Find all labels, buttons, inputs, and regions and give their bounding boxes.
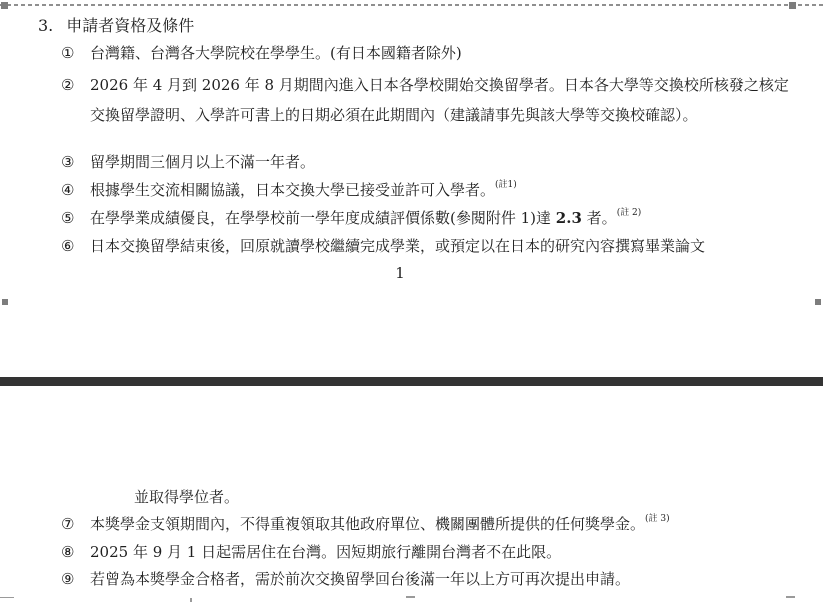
item-6-text: 日本交換留學結束後，回原就讀學校繼續完成學業，或預定以在日本的研究內容撰寫畢業論…	[90, 236, 705, 256]
item-5-text: 在學學業成績優良，在學學校前一學年度成績評價係數(參閱附件 1)達 2.3 者。…	[90, 208, 641, 228]
boundary-partial-mark	[0, 597, 14, 598]
item-8-text: 2025 年 9 月 1 日起需居住在台灣。因短期旅行離開台灣者不在此限。	[90, 542, 561, 562]
item-2-number: ②	[61, 70, 90, 130]
item-7-footnote-ref: (註 3)	[645, 514, 670, 524]
text-boundary-top-line	[0, 4, 823, 6]
document-view: 3.申請者資格及條件 ① 台灣籍、台灣各大學院校在學學生。(有日本國籍者除外) …	[0, 0, 823, 602]
item-5-number: ⑤	[61, 208, 90, 228]
item-5-bold-value: 2.3	[556, 209, 582, 227]
item-7-number: ⑦	[61, 514, 90, 534]
list-item-7: ⑦ 本獎學金支領期間內，不得重複領取其他政府單位、機關團體所提供的任何獎學金。(…	[61, 514, 670, 534]
item-7-body: 本獎學金支領期間內，不得重複領取其他政府單位、機關團體所提供的任何獎學金。	[90, 515, 645, 533]
list-item-4: ④ 根據學生交流相關協議，日本交換大學已接受並許可入學者。(註1)	[61, 180, 517, 200]
list-item-1: ① 台灣籍、台灣各大學院校在學學生。(有日本國籍者除外)	[61, 43, 462, 63]
item-5-footnote-ref: (註 2)	[617, 208, 642, 218]
item-4-footnote-ref: (註1)	[495, 180, 517, 190]
item-8-number: ⑧	[61, 542, 90, 562]
list-item-5: ⑤ 在學學業成績優良，在學學校前一學年度成績評價係數(參閱附件 1)達 2.3 …	[61, 208, 641, 228]
page-number: 1	[0, 264, 800, 282]
item-2-text: 2026 年 4 月到 2026 年 8 月期間內進入日本各學校開始交換留學者。…	[90, 70, 792, 130]
boundary-corner-mark	[2, 299, 8, 305]
item-6-number: ⑥	[61, 236, 90, 256]
item-4-text: 根據學生交流相關協議，日本交換大學已接受並許可入學者。(註1)	[90, 180, 517, 200]
item-7-text: 本獎學金支領期間內，不得重複領取其他政府單位、機關團體所提供的任何獎學金。(註 …	[90, 514, 670, 534]
boundary-partial-mark	[190, 598, 192, 602]
section-number: 3.	[38, 16, 53, 35]
item-1-number: ①	[61, 43, 90, 63]
boundary-corner-mark	[1, 2, 8, 9]
section-title: 申請者資格及條件	[66, 16, 194, 35]
section-heading: 3.申請者資格及條件	[38, 13, 194, 36]
boundary-corner-mark	[789, 2, 796, 9]
boundary-partial-mark	[406, 596, 415, 598]
item-5-body-before: 在學學業成績優良，在學學校前一學年度成績評價係數(參閱附件 1)達	[90, 209, 556, 227]
list-item-2: ② 2026 年 4 月到 2026 年 8 月期間內進入日本各學校開始交換留學…	[61, 70, 792, 130]
item-9-number: ⑨	[61, 569, 90, 589]
list-item-3: ③ 留學期間三個月以上不滿一年者。	[61, 152, 315, 172]
item-6-continuation-text: 並取得學位者。	[134, 487, 239, 507]
item-4-number: ④	[61, 180, 90, 200]
boundary-partial-mark	[786, 596, 795, 598]
list-item-6: ⑥ 日本交換留學結束後，回原就讀學校繼續完成學業，或預定以在日本的研究內容撰寫畢…	[61, 236, 705, 256]
boundary-corner-mark	[815, 299, 821, 305]
item-1-text: 台灣籍、台灣各大學院校在學學生。(有日本國籍者除外)	[90, 43, 462, 63]
list-item-8: ⑧ 2025 年 9 月 1 日起需居住在台灣。因短期旅行離開台灣者不在此限。	[61, 542, 561, 562]
page-separator-bar	[0, 377, 823, 386]
list-item-9: ⑨ 若曾為本獎學金合格者，需於前次交換留學回台後滿一年以上方可再次提出申請。	[61, 569, 630, 589]
item-4-body: 根據學生交流相關協議，日本交換大學已接受並許可入學者。	[90, 181, 495, 199]
item-5-body-after: 者。	[582, 209, 617, 227]
item-9-text: 若曾為本獎學金合格者，需於前次交換留學回台後滿一年以上方可再次提出申請。	[90, 569, 630, 589]
item-3-text: 留學期間三個月以上不滿一年者。	[90, 152, 315, 172]
item-3-number: ③	[61, 152, 90, 172]
